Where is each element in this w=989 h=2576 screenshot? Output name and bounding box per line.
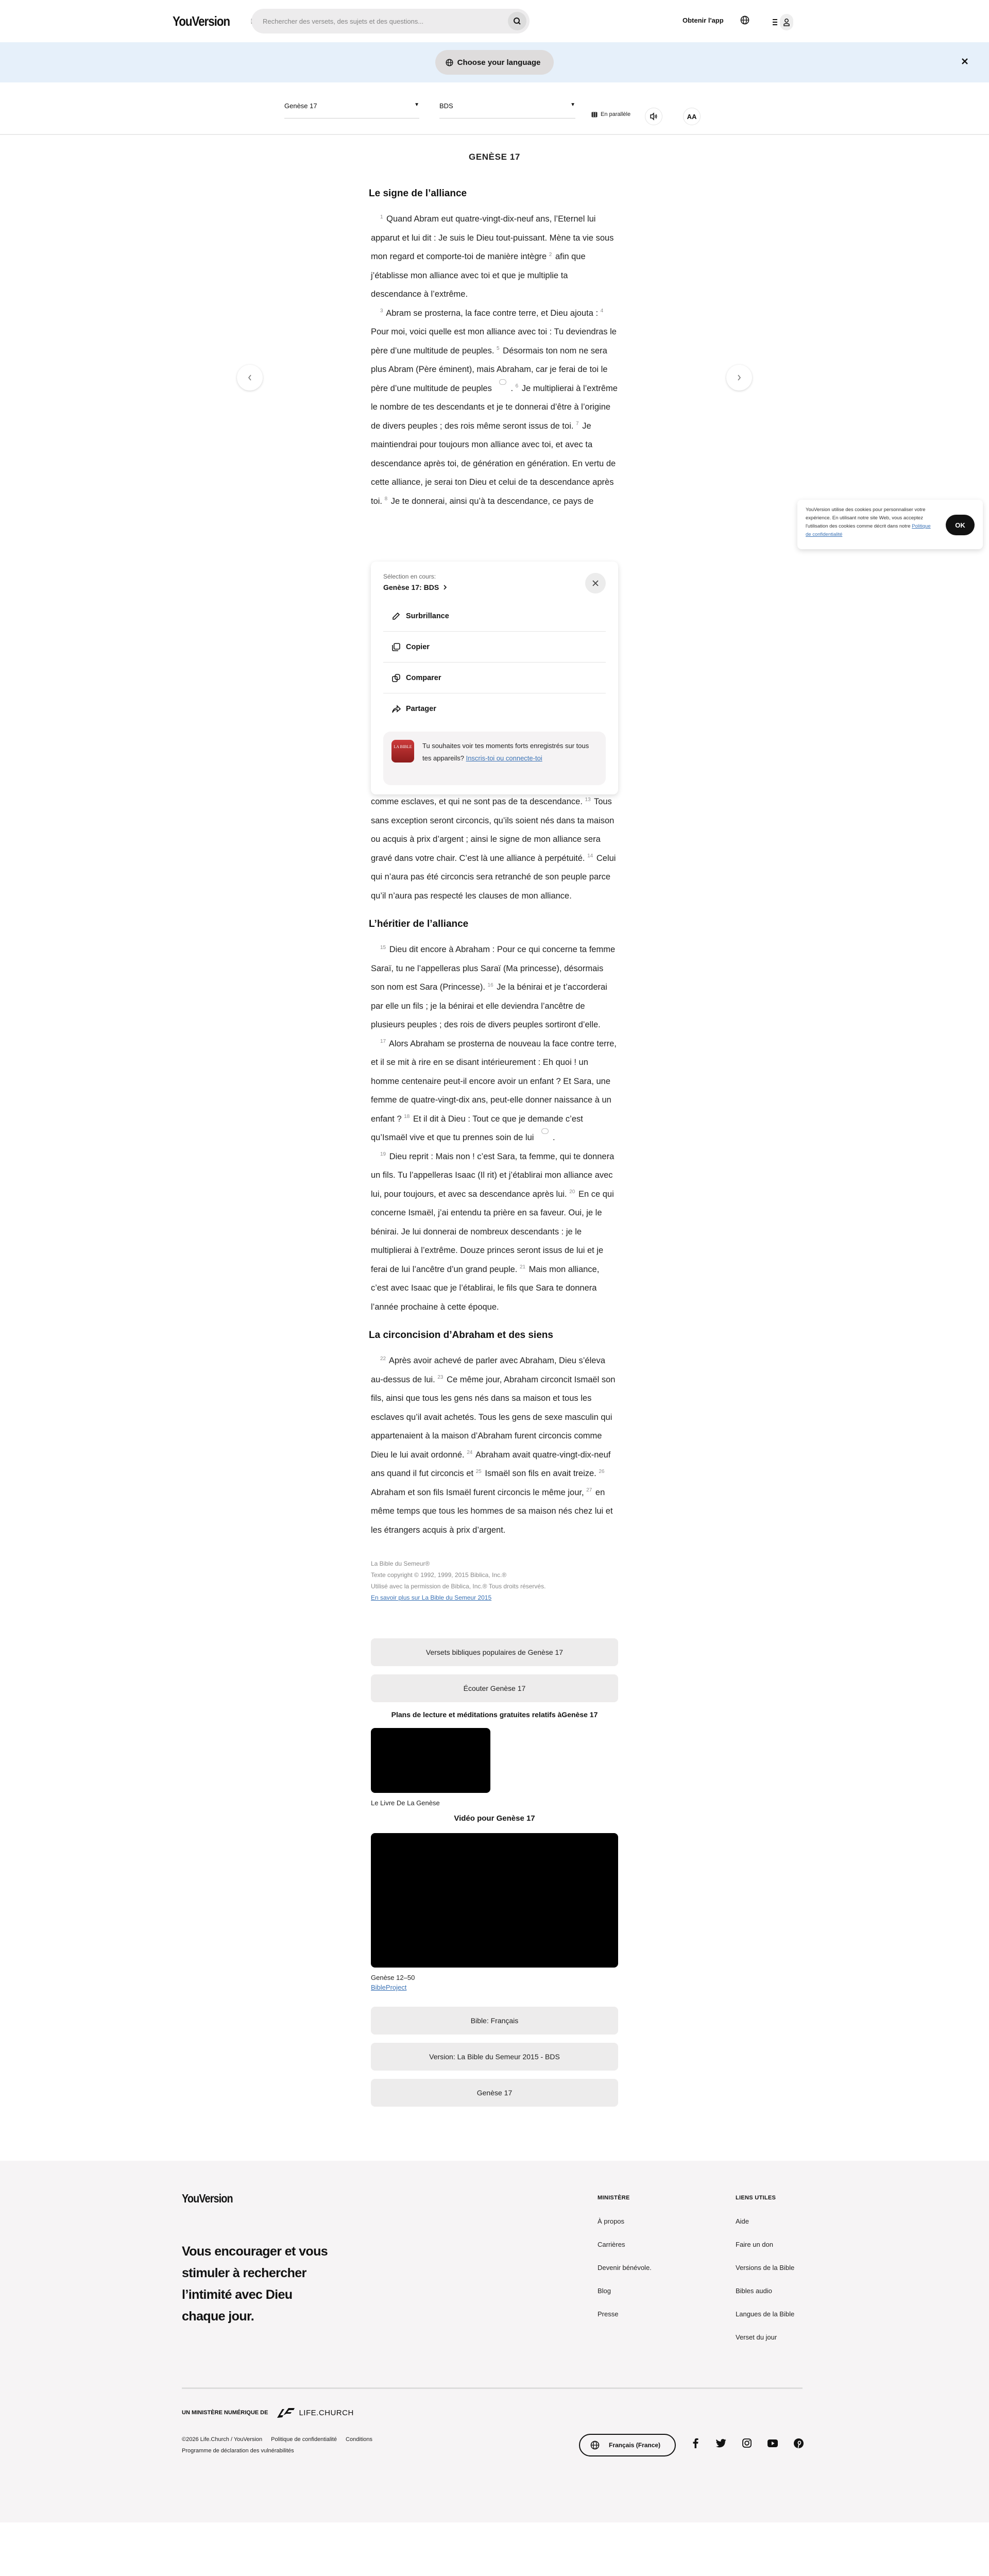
copy-action[interactable]: Copier (383, 632, 606, 663)
footer-link-press[interactable]: Presse (598, 2310, 652, 2318)
ministry-label: UN MINISTÈRE NUMÉRIQUE DE (182, 2410, 268, 2416)
lifechurch-logo[interactable]: LIFE.CHURCH (276, 2407, 353, 2418)
action-label: Partager (406, 705, 436, 713)
footer-language-label: Français (France) (609, 2442, 660, 2449)
ministry-links: MINISTÈRE À propos Carrières Devenir bén… (598, 2195, 652, 2318)
chapter-content: GENÈSE 17 Le signe de l’alliance 1 Quand… (371, 152, 618, 2107)
verse-number: 4 (601, 308, 604, 314)
parallel-toggle[interactable]: En parallèle (591, 111, 630, 117)
footer-link-versions[interactable]: Versions de la Bible (736, 2264, 794, 2272)
footer-link-careers[interactable]: Carrières (598, 2241, 652, 2248)
verse-number: 6 (516, 383, 519, 389)
verse-number: 21 (520, 1264, 525, 1270)
verse-text[interactable]: Je maintiendrai pour toujours mon allian… (371, 421, 616, 506)
bottom-nav-buttons: Bible: Français Version: La Bible du Sem… (371, 2007, 618, 2107)
chapter-button[interactable]: Genèse 17 (371, 2079, 618, 2107)
sync-promo: LA BIBLE Tu souhaites voir tes moments f… (383, 732, 606, 785)
selection-reference-link[interactable]: Genèse 17: BDS (383, 583, 606, 591)
version-selector[interactable]: BDS ▼ (439, 100, 575, 118)
verse-number: 25 (476, 1469, 482, 1475)
footer-link-donate[interactable]: Faire un don (736, 2241, 794, 2248)
highlight-action[interactable]: Surbrillance (383, 601, 606, 632)
close-icon (961, 58, 968, 65)
useful-links-heading: LIENS UTILES (736, 2195, 794, 2201)
video-caption: Genèse 12–50 (371, 1974, 618, 1981)
useful-links: LIENS UTILES Aide Faire un don Versions … (736, 2195, 794, 2341)
verse-selection-popup: Sélection en cours: Genèse 17: BDS Surbr… (371, 562, 618, 794)
vulnerability-program-link[interactable]: Programme de déclaration des vulnérabili… (182, 2448, 294, 2454)
verse-text[interactable]: Dieu reprit : Mais non ! c’est Sara, ta … (371, 1152, 614, 1199)
ministry-of: UN MINISTÈRE NUMÉRIQUE DE LIFE.CHURCH (182, 2407, 354, 2418)
video-thumbnail[interactable] (371, 1833, 618, 1968)
font-settings-button[interactable]: AA (683, 108, 701, 125)
chevron-right-icon (737, 374, 742, 381)
signup-login-link[interactable]: Inscris-toi ou connecte-toi (466, 754, 542, 762)
verse-paragraph: 1 Quand Abram eut quatre-vingt-dix-neuf … (371, 210, 618, 304)
site-header: YouVersion Bible Plans Vidéos Obtenir l'… (0, 0, 989, 42)
lifechurch-label: LIFE.CHURCH (299, 2409, 353, 2417)
version-info-link[interactable]: En savoir plus sur La Bible du Semeur 20… (371, 1594, 491, 1601)
verse-number: 5 (497, 346, 500, 351)
user-icon (783, 18, 790, 26)
instagram-icon[interactable] (742, 2438, 752, 2448)
verse-text[interactable]: En ce qui concerne Ismaël, j’ai entendu … (371, 1190, 614, 1274)
speaker-icon (650, 112, 658, 121)
privacy-link[interactable]: Politique de confidentialité (271, 2436, 337, 2443)
verse-text[interactable]: Je te donnerai, ainsi qu’à ta descendanc… (391, 497, 594, 506)
twitter-icon[interactable] (716, 2438, 726, 2448)
cookie-banner: YouVersion utilise des cookies pour pers… (797, 500, 983, 549)
verse-text[interactable]: Ismaël son fils en avait treize. (485, 1469, 596, 1478)
verse-paragraph: 22 Après avoir achevé de parler avec Abr… (371, 1351, 618, 1539)
copyright-line: Texte copyright © 1992, 1999, 2015 Bibli… (371, 1569, 618, 1581)
action-label: Copier (406, 643, 430, 651)
verse-number: 24 (467, 1450, 472, 1455)
verse-number: 8 (385, 496, 388, 502)
footer-logo[interactable]: YouVersion (182, 2192, 233, 2206)
cookie-message: YouVersion utilise des cookies pour pers… (806, 507, 926, 529)
verse-number: 2 (549, 252, 552, 258)
verse-number: 16 (488, 982, 493, 988)
menu-icon (773, 19, 778, 26)
plan-caption[interactable]: Le Livre De La Genèse (371, 1799, 618, 1807)
verse-number: 3 (380, 308, 383, 314)
footer-link-languages[interactable]: Langues de la Bible (736, 2310, 794, 2318)
popup-close-button[interactable] (585, 573, 606, 594)
share-action[interactable]: Partager (383, 693, 606, 724)
chevron-left-icon (247, 374, 252, 381)
pinterest-icon[interactable] (793, 2438, 804, 2448)
verse-text[interactable]: Alors Abraham se prosterna de nouveau la… (371, 1039, 617, 1124)
footer-divider (182, 2387, 803, 2389)
plans-heading: Plans de lecture et méditations gratuite… (371, 1710, 618, 1719)
promo-text: Tu souhaites voir tes moments forts enre… (422, 740, 598, 777)
footer-language-selector[interactable]: Français (France) (579, 2434, 676, 2456)
share-icon (391, 704, 401, 714)
section-heading: Le signe de l’alliance (369, 188, 618, 199)
copyright-line: La Bible du Semeur® (371, 1558, 618, 1569)
verse-number: 14 (587, 853, 593, 859)
footer-link-volunteer[interactable]: Devenir bénévole. (598, 2264, 652, 2272)
bible-version-button[interactable]: Version: La Bible du Semeur 2015 - BDS (371, 2043, 618, 2071)
verse-number: 1 (380, 214, 383, 220)
parallel-label: En parallèle (601, 111, 630, 117)
verse-text[interactable]: Abraham et son fils Ismaël furent circon… (371, 1488, 584, 1497)
highlighter-icon (391, 612, 401, 621)
footnote-icon[interactable] (499, 379, 506, 385)
chevron-right-icon (443, 584, 447, 590)
ministry-heading: MINISTÈRE (598, 2195, 652, 2201)
globe-icon (446, 59, 453, 66)
language-globe-button[interactable] (740, 15, 752, 27)
youtube-icon[interactable] (768, 2438, 778, 2448)
get-app-link[interactable]: Obtenir l'app (683, 16, 724, 24)
version-value: BDS (439, 102, 453, 110)
next-chapter-button[interactable] (726, 365, 752, 391)
video-heading: Vidéo pour Genèse 17 (371, 1814, 618, 1823)
verse-text[interactable]: Abram se prosterna, la face contre terre… (386, 309, 598, 318)
columns-icon (591, 112, 598, 117)
verse-text[interactable]: Tous sans exception seront circoncis, qu… (371, 797, 614, 863)
globe-icon (590, 2441, 600, 2450)
action-label: Comparer (406, 674, 441, 682)
search-icon (513, 17, 521, 25)
section-heading: La circoncision d’Abraham et des siens (369, 1330, 618, 1341)
caret-down-icon: ▼ (414, 102, 419, 108)
verse-number: 23 (437, 1375, 443, 1380)
verse-number: 7 (576, 421, 579, 427)
verse-paragraph: 17 Alors Abraham se prosterna de nouveau… (371, 1035, 618, 1147)
listen-chapter-button[interactable]: Écouter Genèse 17 (371, 1674, 618, 1702)
verse-paragraph: 19 Dieu reprit : Mais non ! c’est Sara, … (371, 1147, 618, 1317)
caret-down-icon: ▼ (570, 102, 575, 108)
footer-link-verse-of-day[interactable]: Verset du jour (736, 2333, 794, 2341)
verse-number: 15 (380, 945, 386, 951)
selection-label: Sélection en cours: (383, 573, 606, 580)
section-heading: L’héritier de l’alliance (369, 919, 618, 930)
verse-paragraph: 15 Dieu dit encore à Abraham : Pour ce q… (371, 940, 618, 1035)
audio-button[interactable] (645, 108, 662, 125)
copy-icon (391, 642, 401, 652)
reader-toolbar: Genèse 17 ▼ BDS ▼ En parallèle AA (0, 82, 989, 135)
banner-close-button[interactable] (961, 58, 970, 67)
close-icon (592, 580, 599, 587)
terms-link[interactable]: Conditions (346, 2436, 372, 2443)
social-links (690, 2438, 804, 2448)
youversion-logo[interactable]: YouVersion (173, 13, 226, 29)
verse-number: 26 (599, 1469, 604, 1475)
footer-link-about[interactable]: À propos (598, 2217, 652, 2225)
globe-icon (740, 15, 749, 25)
cookie-ok-button[interactable]: OK (946, 515, 975, 535)
site-footer: YouVersion Vous encourager et vous stimu… (0, 2161, 989, 2522)
copyright-line: Utilisé avec la permission de Biblica, I… (371, 1581, 618, 1592)
verse-text[interactable]: Ce même jour, Abraham circoncit Ismaël s… (371, 1375, 615, 1460)
facebook-icon[interactable] (690, 2438, 701, 2448)
popular-verses-button[interactable]: Versets bibliques populaires de Genèse 1… (371, 1638, 618, 1666)
footer-link-audio-bibles[interactable]: Bibles audio (736, 2287, 794, 2295)
cookie-text: YouVersion utilise des cookies pour pers… (806, 506, 934, 539)
footer-link-blog[interactable]: Blog (598, 2287, 652, 2295)
copyright-text: ©2026 Life.Church / YouVersion (182, 2436, 262, 2443)
verse-text[interactable]: Et il dit à Dieu : Tout ce que je demand… (371, 1114, 583, 1143)
compare-icon (391, 673, 401, 683)
choose-language-label: Choose your language (457, 58, 541, 67)
account-menu-button[interactable] (773, 14, 793, 30)
verse-number: 13 (585, 797, 591, 803)
book-chapter-value: Genèse 17 (284, 102, 317, 110)
previous-chapter-button[interactable] (237, 365, 263, 391)
search-button[interactable] (508, 12, 526, 30)
book-chapter-selector[interactable]: Genèse 17 ▼ (284, 100, 419, 118)
search-input[interactable] (263, 18, 500, 25)
verse-number: 19 (380, 1151, 386, 1157)
language-banner: Choose your language (0, 42, 989, 82)
footnote-icon[interactable] (541, 1128, 549, 1134)
chapter-title: GENÈSE 17 (371, 152, 618, 162)
verse-number: 17 (380, 1039, 386, 1044)
bible-app-icon: LA BIBLE (391, 740, 414, 762)
video-source-link[interactable]: BibleProject (371, 1984, 618, 1991)
footer-link-help[interactable]: Aide (736, 2217, 794, 2225)
search-bar (251, 9, 530, 33)
footer-tagline: Vous encourager et vous stimuler à reche… (182, 2241, 336, 2327)
avatar (780, 14, 793, 30)
bible-language-button[interactable]: Bible: Français (371, 2007, 618, 2035)
verse-number: 27 (586, 1487, 592, 1493)
verse-number: 18 (404, 1114, 410, 1120)
verse-number: 20 (569, 1189, 575, 1195)
selection-reference: Genèse 17: BDS (383, 583, 439, 591)
action-label: Surbrillance (406, 612, 449, 620)
copyright-notice: La Bible du Semeur® Texte copyright © 19… (371, 1558, 618, 1603)
legal-links: ©2026 Life.Church / YouVersion Politique… (182, 2434, 380, 2456)
plan-thumbnail[interactable] (371, 1728, 490, 1793)
compare-action[interactable]: Comparer (383, 663, 606, 693)
lifechurch-mark-icon (276, 2407, 296, 2418)
verse-paragraph: 3 Abram se prosterna, la face contre ter… (371, 304, 618, 511)
choose-language-button[interactable]: Choose your language (435, 50, 554, 75)
verse-number: 22 (380, 1356, 386, 1362)
selection-actions: Surbrillance Copier Comparer Partager (383, 601, 606, 724)
